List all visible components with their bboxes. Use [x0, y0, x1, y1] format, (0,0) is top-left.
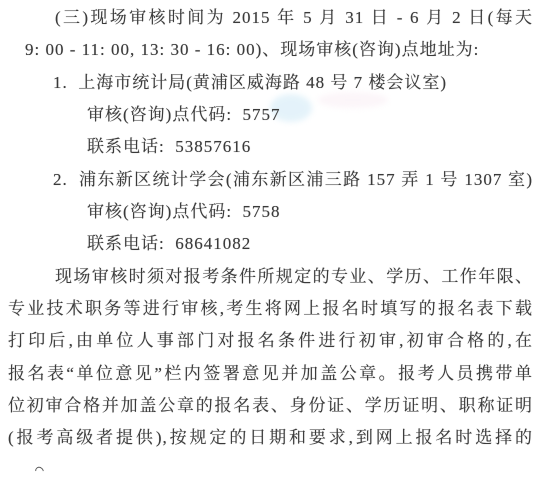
scanned-notice-page: (三)现场审核时间为 2015 年 5 月 31 日 - 6 月 2 日(每天 … — [0, 0, 543, 486]
body-line-4: 报名表“单位意见”栏内签署意见并加盖公章。报考人员携带单 — [8, 358, 533, 390]
location-1-phone: 联系电话: 53857616 — [8, 131, 533, 163]
body-line-3: 打印后,由单位人事部门对报名条件进行初审,初审合格的,在 — [8, 325, 533, 357]
cutoff-character-fragment — [33, 465, 45, 477]
body-line-5: 位初审合格并加盖公章的报名表、身份证、学历证明、职称证明 — [8, 390, 533, 422]
intro-line-1: (三)现场审核时间为 2015 年 5 月 31 日 - 6 月 2 日(每天 — [8, 2, 533, 34]
cropped-next-line — [8, 455, 533, 486]
location-2-phone: 联系电话: 68641082 — [8, 228, 533, 260]
location-item-2: 2. 浦东新区统计学会(浦东新区浦三路 157 弄 1 号 1307 室) — [8, 164, 533, 196]
body-line-1: 现场审核时须对报考条件所规定的专业、学历、工作年限、 — [8, 261, 533, 293]
location-1-point-code: 审核(咨询)点代码: 5757 — [8, 99, 533, 131]
intro-line-2: 9: 00 - 11: 00, 13: 30 - 16: 00)、现场审核(咨询… — [8, 34, 533, 66]
body-line-2: 专业技术职务等进行审核,考生将网上报名时填写的报名表下载 — [8, 293, 533, 325]
body-line-6: (报考高级者提供),按规定的日期和要求,到网上报名时选择的 — [8, 422, 533, 454]
location-2-point-code: 审核(咨询)点代码: 5758 — [8, 196, 533, 228]
location-item-1: 1. 上海市统计局(黄浦区威海路 48 号 7 楼会议室) — [8, 67, 533, 99]
